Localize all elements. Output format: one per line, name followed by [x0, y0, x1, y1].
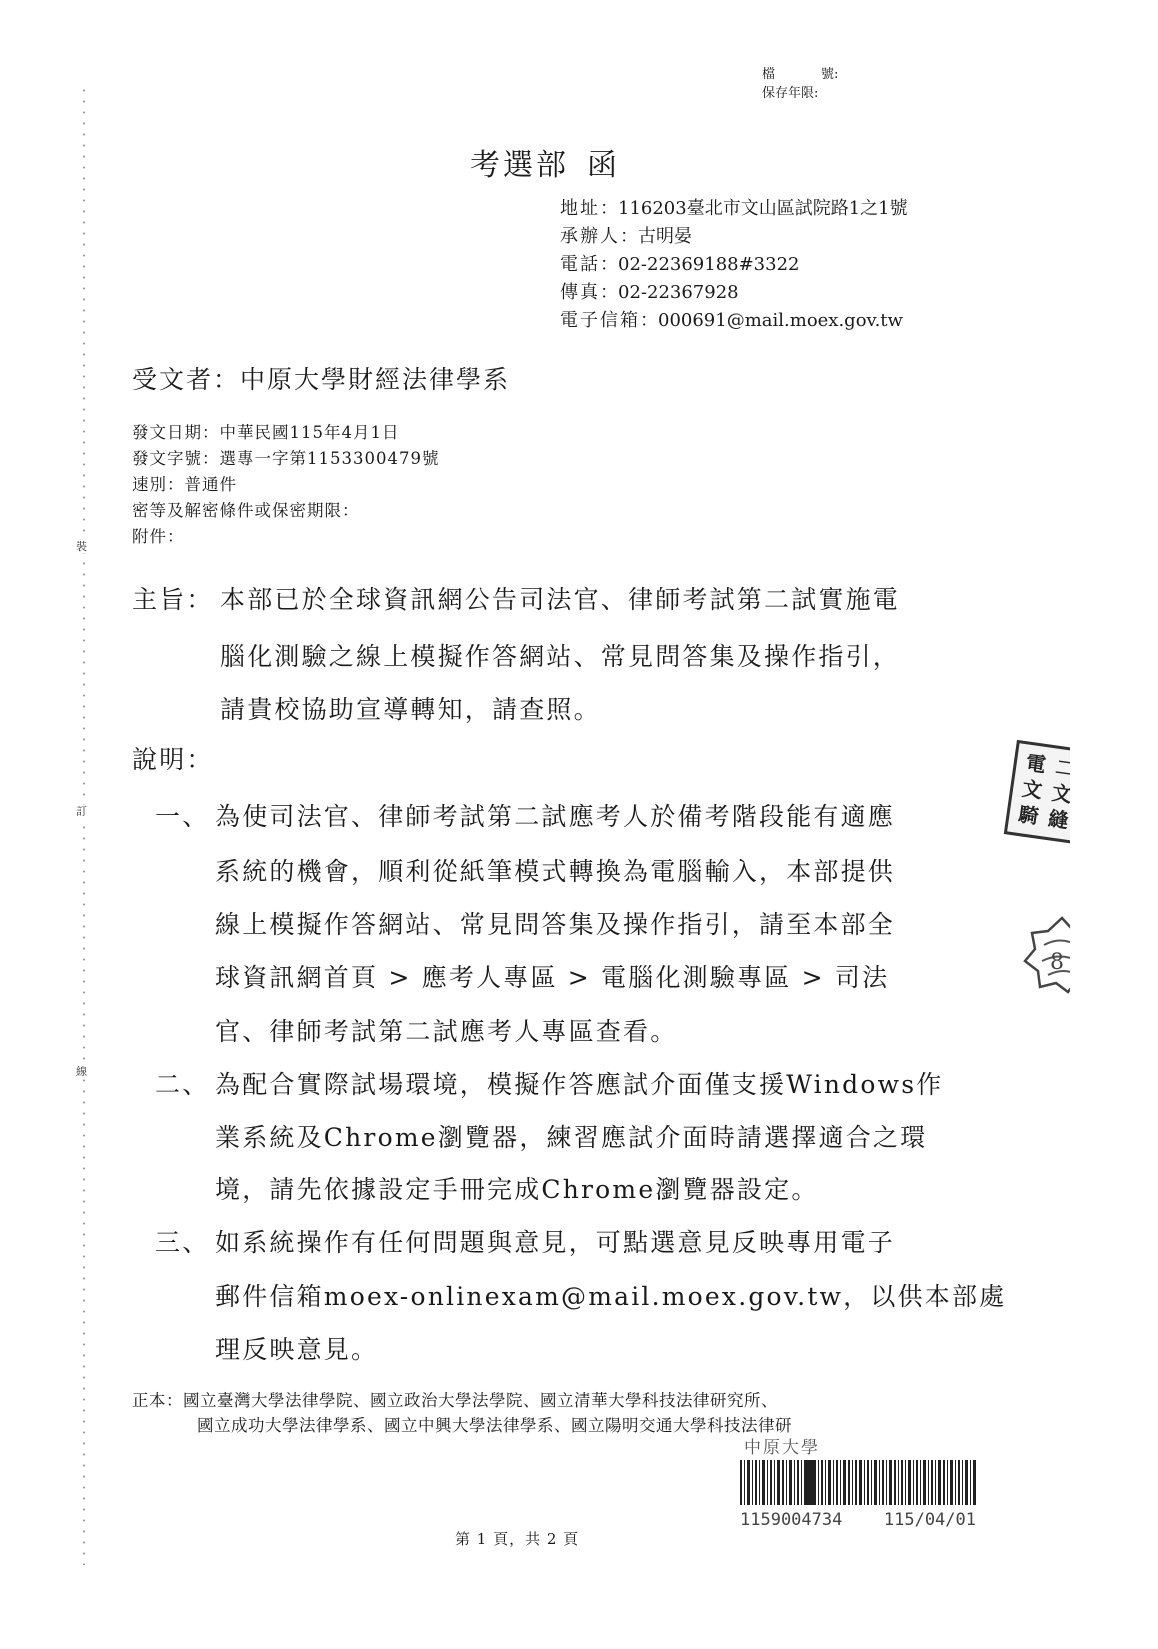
- binding-char-xian: 線: [76, 1065, 87, 1078]
- barcode-number: 1159004734: [740, 1510, 842, 1530]
- item-1-line: 球資訊網首頁 > 應考人專區 > 電腦化測驗專區 > 司法: [215, 958, 889, 994]
- email-row: 電子信箱：000691@mail.moex.gov.tw: [560, 307, 908, 335]
- phone-row: 電話：02-22369188#3322: [560, 251, 908, 279]
- item-1-line: 系統的機會，順利從紙筆模式轉換為電腦輸入，本部提供: [215, 852, 895, 888]
- document-type: 函: [587, 148, 620, 183]
- subject-line: 腦化測驗之線上模擬作答網站、常見問答集及操作指引，: [220, 637, 900, 673]
- secrecy-row: 密等及解密條件或保密期限：: [132, 498, 439, 524]
- receipt-barcode: 中原大學 1159004734 115/04/01: [740, 1438, 976, 1530]
- file-no-label-1: 檔: [762, 65, 775, 84]
- doc-no-row: 發文字號：選專一字第1153300479號: [132, 446, 439, 472]
- item-3-line: 郵件信箱moex-onlinexam@mail.moex.gov.tw，以供本部…: [215, 1277, 1006, 1313]
- explanation-label: 說明：: [132, 740, 214, 776]
- item-number-1: 一、: [155, 797, 209, 833]
- barcode-owner: 中原大學: [740, 1438, 976, 1458]
- fax-row: 傳真：02-22367928: [560, 279, 908, 307]
- fax-value: 02-22367928: [618, 279, 739, 307]
- agency-name: 考選部: [470, 148, 569, 183]
- email-value: 000691@mail.moex.gov.tw: [658, 307, 903, 335]
- address-row: 地址：116203臺北市文山區試院路1之1號: [560, 195, 908, 223]
- binding-dotted-line: [83, 85, 85, 1565]
- cc-label: 正本：: [132, 1391, 183, 1410]
- item-1-line: 官、律師考試第二試應考人專區查看。: [215, 1012, 677, 1048]
- item-3-line: 理反映意見。: [215, 1330, 378, 1366]
- date-value: 中華民國115年4月1日: [220, 420, 400, 446]
- barcode-icon: [740, 1460, 976, 1505]
- retention-row: 保存年限:: [762, 84, 838, 103]
- barcode-date: 115/04/01: [884, 1510, 976, 1530]
- item-2-line: 境，請先依據設定手冊完成Chrome瀏覽器設定。: [215, 1170, 819, 1206]
- seal-number: 8: [1050, 950, 1064, 975]
- cc-list: 正本：國立臺灣大學法律學院、國立政治大學法學院、國立清華大學科技法律研究所、 國…: [132, 1388, 792, 1438]
- file-no-row: 檔 號 :: [762, 65, 838, 84]
- file-info: 檔 號 : 保存年限:: [762, 65, 838, 103]
- subject-label: 主旨：: [132, 580, 214, 616]
- handler-row: 承辦人：古明晏: [560, 223, 908, 251]
- item-number-3: 三、: [155, 1223, 209, 1259]
- address-value: 116203臺北市文山區試院路1之1號: [618, 195, 908, 223]
- subject-line: 本部已於全球資訊網公告司法官、律師考試第二試實施電: [220, 580, 900, 616]
- binding-margin: 裝 訂 線: [78, 85, 90, 1565]
- recipient: 受文者：中原大學財經法律學系: [132, 360, 510, 396]
- item-3-line: 如系統操作有任何問題與意見，可點選意見反映專用電子: [215, 1223, 895, 1259]
- item-2-line: 業系統及Chrome瀏覽器，練習應試介面時請選擇適合之環: [215, 1118, 927, 1154]
- page-indicator: 第 1 頁，共 2 頁: [455, 1528, 579, 1549]
- item-1-line: 線上模擬作答網站、常見問答集及操作指引，請至本部全: [215, 905, 895, 941]
- retention-label: 保存年限: [762, 84, 814, 103]
- speed-value: 普通件: [185, 472, 238, 498]
- recipient-label: 受文者: [132, 365, 213, 394]
- contact-block: 地址：116203臺北市文山區試院路1之1號 承辦人：古明晏 電話：02-223…: [560, 195, 908, 335]
- speed-row: 速別：普通件: [132, 472, 439, 498]
- date-row: 發文日期：中華民國115年4月1日: [132, 420, 439, 446]
- doc-no-value: 選專一字第1153300479號: [220, 446, 440, 472]
- binding-char-ding: 訂: [76, 805, 87, 818]
- page-edge: [1070, 700, 1158, 1100]
- binding-char-zhuang: 裝: [76, 540, 87, 553]
- subject-line: 請貴校協助宣導轉知，請查照。: [220, 690, 601, 726]
- item-number-2: 二、: [155, 1065, 209, 1101]
- phone-value: 02-22369188#3322: [618, 251, 800, 279]
- handler-value: 古明晏: [638, 223, 692, 251]
- document-meta: 發文日期：中華民國115年4月1日 發文字號：選專一字第1153300479號 …: [132, 420, 439, 550]
- item-2-line: 為配合實際試場環境，模擬作答應試介面僅支援Windows作: [215, 1065, 943, 1101]
- barcode-text: 1159004734 115/04/01: [740, 1510, 976, 1530]
- file-no-label-2: 號: [821, 65, 834, 84]
- attachment-row: 附件：: [132, 524, 439, 550]
- item-1-line: 為使司法官、律師考試第二試應考人於備考階段能有適應: [215, 797, 895, 833]
- cc-line-1: 國立臺灣大學法律學院、國立政治大學法學院、國立清華大學科技法律研究所、: [183, 1391, 778, 1410]
- recipient-value: 中原大學財經法律學系: [240, 365, 510, 394]
- cc-line-2: 國立成功大學法律學系、國立中興大學法律學系、國立陽明交通大學科技法律研: [132, 1413, 792, 1438]
- document-title: 考選部函: [470, 140, 620, 184]
